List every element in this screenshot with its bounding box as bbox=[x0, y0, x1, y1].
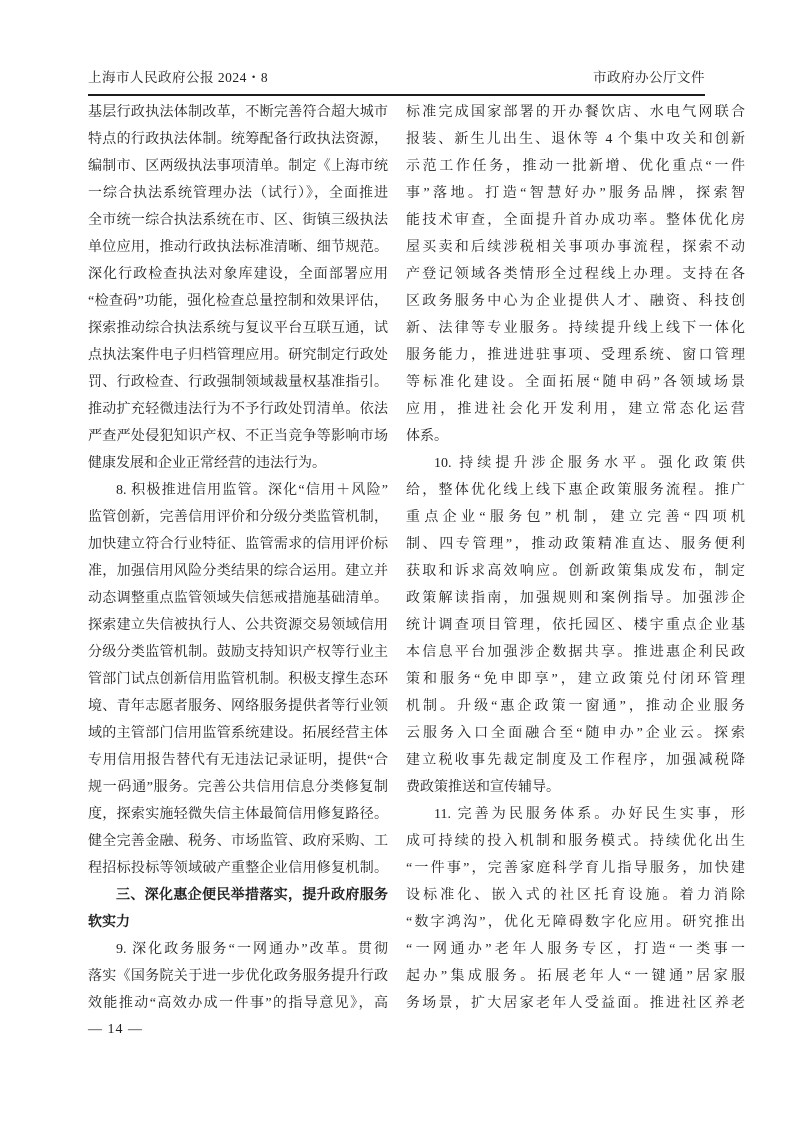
text-line: 重点企业“服务包”机制，建立完善“四项机 bbox=[406, 504, 745, 531]
text-line: 新、法律等专业服务。持续提升线上线下一体化 bbox=[406, 315, 745, 342]
text-line: 探索推动综合执法系统与复议平台互联互通，试 bbox=[88, 315, 388, 342]
text-line: 起办”集成服务。拓展老年人“一键通”居家服 bbox=[406, 963, 745, 990]
text-line: 效能推动“高效办成一件事”的指导意见》，高 bbox=[88, 990, 388, 1017]
text-line: 云服务入口全面融合至“随申办”企业云。探索 bbox=[406, 720, 745, 747]
text-line: 健全完善金融、税务、市场监管、政府采购、工 bbox=[88, 828, 388, 855]
header-section-title: 市政府办公厅文件 bbox=[593, 68, 705, 88]
text-line: 设标准化、嵌入式的社区托育设施。着力消除 bbox=[406, 882, 745, 909]
page-footer: — 14 — bbox=[88, 1016, 143, 1043]
text-line: 度，探索实施轻微失信主体最简信用修复路径。 bbox=[88, 801, 388, 828]
text-line: 分级分类监管机制。鼓励支持知识产权等行业主 bbox=[88, 639, 388, 666]
text-line: 11. 完善为民服务体系。办好民生实事，形 bbox=[406, 801, 745, 828]
text-line: 制、四专管理”，推动政策精准直达、服务便利 bbox=[406, 531, 745, 558]
text-line: 体系。 bbox=[406, 423, 745, 450]
text-line: 软实力 bbox=[88, 909, 388, 936]
text-line: 报装、新生儿出生、退休等 4 个集中攻关和创新 bbox=[406, 126, 745, 153]
text-line: 事”落地。打造“智慧好办”服务品牌，探索智 bbox=[406, 180, 745, 207]
text-line: 务场景，扩大居家老年人受益面。推进社区养老 bbox=[406, 990, 745, 1017]
text-line: 建立税收事先裁定制度及工作程序，加强减税降 bbox=[406, 747, 745, 774]
text-line: 点执法案件电子归档管理应用。研究制定行政处 bbox=[88, 342, 388, 369]
text-line: 加快建立符合行业特征、监管需求的信用评价标 bbox=[88, 531, 388, 558]
page-number: — 14 — bbox=[88, 1022, 143, 1037]
text-line: 服务能力，推进进驻事项、受理系统、窗口管理 bbox=[406, 342, 745, 369]
text-line: 统计调查项目管理，依托园区、楼宇重点企业基 bbox=[406, 612, 745, 639]
text-line: 应用，推进社会化开发利用，建立常态化运营 bbox=[406, 396, 745, 423]
text-line: 9. 深化政务服务“一网通办”改革。贯彻 bbox=[88, 936, 388, 963]
text-line: 深化行政检查执法对象库建设，全面部署应用 bbox=[88, 261, 388, 288]
text-line: 准，加强信用风险分类结果的综合运用。建立并 bbox=[88, 558, 388, 585]
text-line: “一件事”，完善家庭科学育儿指导服务，加快建 bbox=[406, 855, 745, 882]
text-line: 机制。升级“惠企政策一窗通”，推动企业服务 bbox=[406, 693, 745, 720]
text-line: 罚、行政检查、行政强制领域裁量权基准指引。 bbox=[88, 369, 388, 396]
gazette-page: 上海市人民政府公报 2024・8 市政府办公厅文件 基层行政执法体制改革，不断完… bbox=[0, 0, 793, 1122]
text-line: 管部门试点创新信用监管机制。积极支撑生态环 bbox=[88, 666, 388, 693]
text-line: 10. 持续提升涉企服务水平。强化政策供 bbox=[406, 450, 745, 477]
text-line: 域的主管部门信用监管系统建设。拓展经营主体 bbox=[88, 720, 388, 747]
text-line: 策和服务“免申即享”，建立政策兑付闭环管理 bbox=[406, 666, 745, 693]
text-column-left: 基层行政执法体制改革，不断完善符合超大城市特点的行政执法体制。统筹配备行政执法资… bbox=[88, 99, 388, 1017]
text-line: 境、青年志愿者服务、网络服务提供者等行业领 bbox=[88, 693, 388, 720]
text-line: 政策解读指南，加强规则和案例指导。加强涉企 bbox=[406, 585, 745, 612]
text-line: 推动扩充轻微违法行为不予行政处罚清单。依法 bbox=[88, 396, 388, 423]
text-line: 成可持续的投入机制和服务模式。持续优化出生 bbox=[406, 828, 745, 855]
text-line: 全市统一综合执法系统在市、区、街镇三级执法 bbox=[88, 207, 388, 234]
text-column-right: 标准完成国家部署的开办餐饮店、水电气网联合报装、新生儿出生、退休等 4 个集中攻… bbox=[406, 99, 745, 1017]
text-line: 基层行政执法体制改革，不断完善符合超大城市 bbox=[88, 99, 388, 126]
text-line: 获取和诉求高效响应。创新政策集成发布，制定 bbox=[406, 558, 745, 585]
text-line: 专用信用报告替代有无违法记录证明，提供“合 bbox=[88, 747, 388, 774]
text-line: 屋买卖和后续涉税相关事项办事流程，探索不动 bbox=[406, 234, 745, 261]
text-line: 监管创新，完善信用评价和分级分类监管机制， bbox=[88, 504, 388, 531]
text-line: 程招标投标等领域破产重整企业信用修复机制。 bbox=[88, 855, 388, 882]
text-line: 本信息平台加强涉企数据共享。推进惠企利民政 bbox=[406, 639, 745, 666]
text-line: 等标准化建设。全面拓展“随申码”各领域场景 bbox=[406, 369, 745, 396]
text-line: 严查严处侵犯知识产权、不正当竞争等影响市场 bbox=[88, 423, 388, 450]
text-line: “数字鸿沟”，优化无障碍数字化应用。研究推出 bbox=[406, 909, 745, 936]
text-line: 区政务服务中心为企业提供人才、融资、科技创 bbox=[406, 288, 745, 315]
text-line: “一网通办”老年人服务专区，打造“一类事一 bbox=[406, 936, 745, 963]
text-line: 编制市、区两级执法事项清单。制定《上海市统 bbox=[88, 153, 388, 180]
text-line: “检查码”功能，强化检查总量控制和效果评估， bbox=[88, 288, 388, 315]
text-line: 单位应用，推动行政执法标准清晰、细节规范。 bbox=[88, 234, 388, 261]
text-line: 动态调整重点监管领域失信惩戒措施基础清单。 bbox=[88, 585, 388, 612]
text-line: 健康发展和企业正常经营的违法行为。 bbox=[88, 450, 388, 477]
text-line: 三、深化惠企便民举措落实，提升政府服务 bbox=[88, 882, 388, 909]
text-line: 标准完成国家部署的开办餐饮店、水电气网联合 bbox=[406, 99, 745, 126]
text-line: 8. 积极推进信用监管。深化“信用＋风险” bbox=[88, 477, 388, 504]
text-line: 能技术审查，全面提升首办成功率。整体优化房 bbox=[406, 207, 745, 234]
text-line: 特点的行政执法体制。统筹配备行政执法资源， bbox=[88, 126, 388, 153]
page-header: 上海市人民政府公报 2024・8 市政府办公厅文件 bbox=[88, 68, 705, 88]
text-line: 给，整体优化线上线下惠企政策服务流程。推广 bbox=[406, 477, 745, 504]
text-line: 示范工作任务，推动一批新增、优化重点“一件 bbox=[406, 153, 745, 180]
text-line: 产登记领域各类情形全过程线上办理。支持在各 bbox=[406, 261, 745, 288]
header-rule bbox=[88, 94, 705, 96]
text-line: 规一码通”服务。完善公共信用信息分类修复制 bbox=[88, 774, 388, 801]
text-line: 探索建立失信被执行人、公共资源交易领域信用 bbox=[88, 612, 388, 639]
header-publication-title: 上海市人民政府公报 2024・8 bbox=[88, 68, 268, 88]
text-line: 落实《国务院关于进一步优化政务服务提升行政 bbox=[88, 963, 388, 990]
text-line: 一综合执法系统管理办法（试行）》，全面推进 bbox=[88, 180, 388, 207]
text-line: 费政策推送和宣传辅导。 bbox=[406, 774, 745, 801]
